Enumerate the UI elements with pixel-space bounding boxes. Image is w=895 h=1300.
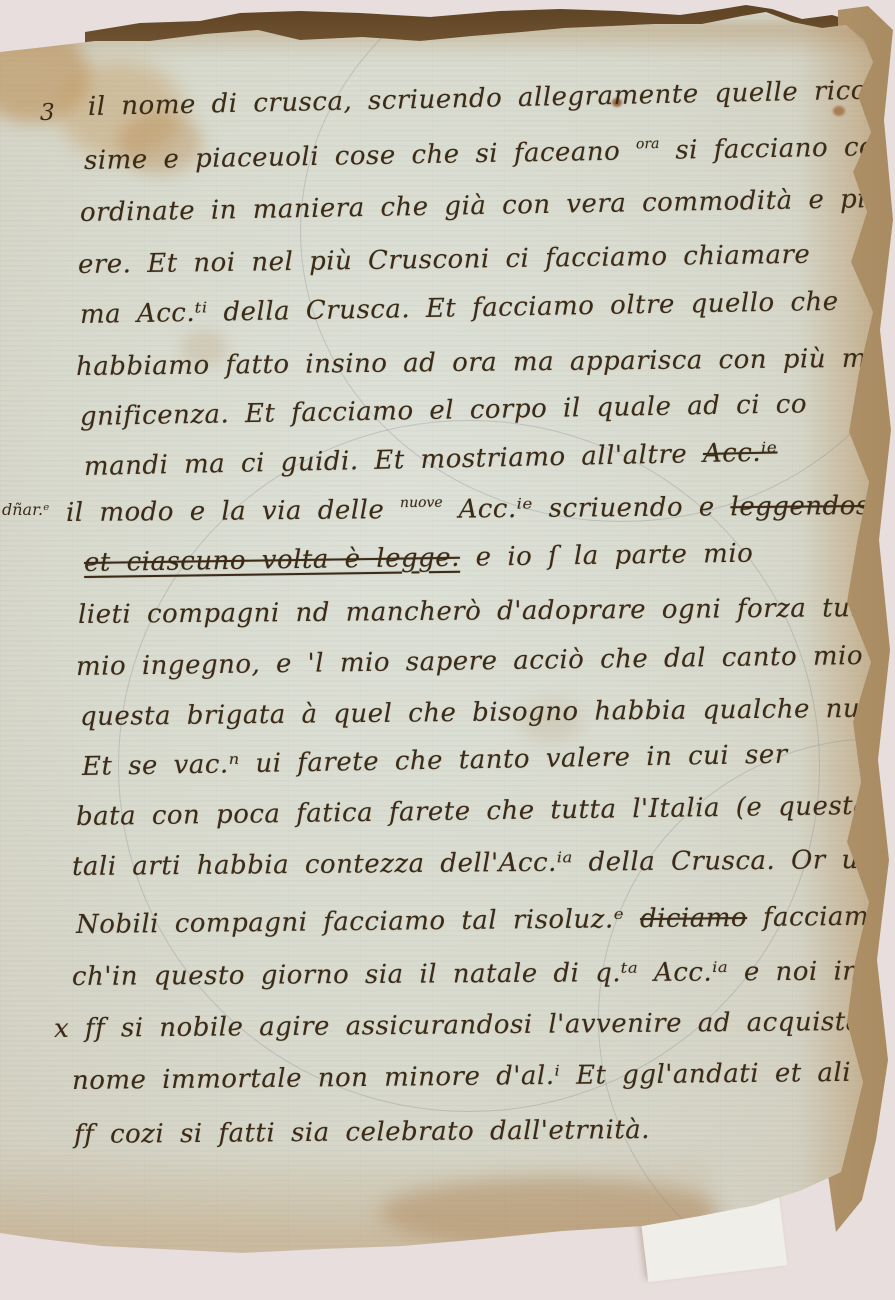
manuscript-text: 3 dñar.ᵉ il nome di crusca, scriuendo al… — [0, 0, 895, 1300]
interlinear-insertion: nuove — [400, 495, 443, 511]
struck-text: leggendosi — [730, 491, 878, 522]
line-text: e io ſ la parte mio — [460, 539, 754, 573]
line-text: Et se vac.ⁿ ui farete che tanto valere i… — [82, 740, 788, 782]
manuscript-line: nome immortale non minore d'al.ⁱ Et ggl'… — [72, 1058, 851, 1096]
manuscript-line: Et se vac.ⁿ ui farete che tanto valere i… — [82, 740, 788, 782]
line-text: ma Acc.ᵗⁱ della Crusca. Et facciamo oltr… — [80, 287, 839, 330]
manuscript-line: et ciascuno volta è legge. e io ſ la par… — [84, 539, 754, 578]
line-text: il modo e la via delle — [66, 495, 400, 528]
manuscript-line: mio ingegno, e 'l mio sapere acciò che d… — [76, 641, 863, 682]
struck-underlined-text: et ciascuno volta è legge. — [84, 543, 460, 578]
manuscript-line: tali arti habbia contezza dell'Acc.ⁱᵃ de… — [72, 845, 884, 882]
manuscript-line: mandi ma ci guidi. Et mostriamo all'altr… — [84, 437, 778, 482]
manuscript-line: ma Acc.ᵗⁱ della Crusca. Et facciamo oltr… — [80, 287, 839, 330]
struck-text: diciamo — [640, 903, 747, 934]
line-text: il nome di crusca, scriuendo allegrament… — [88, 75, 895, 122]
manuscript-line: ch'in questo giorno sia il natale di q.ᵗ… — [72, 956, 895, 992]
margin-annotation: dñar.ᵉ — [2, 500, 49, 519]
manuscript-line: lieti compagni nd mancherò d'adoprare og… — [78, 593, 895, 630]
line-text: nome immortale non minore d'al.ⁱ Et ggl'… — [72, 1058, 851, 1096]
manuscript-line: il modo e la via delle nuove Acc.ⁱᵉ scri… — [66, 491, 879, 528]
interlinear-insertion: ora — [636, 136, 660, 152]
line-text: ff cozi si fatti sia celebrato dall'etrn… — [74, 1115, 650, 1150]
photo-backdrop: 3 dñar.ᵉ il nome di crusca, scriuendo al… — [0, 0, 895, 1300]
manuscript-line: bata con poca fatica farete che tutta l'… — [76, 790, 895, 832]
line-text: questa brigata à quel che bisogno habbia… — [80, 693, 895, 732]
line-text: mio ingegno, e 'l mio sapere acciò che d… — [76, 641, 863, 682]
line-text: ch'in questo giorno sia il natale di q.ᵗ… — [72, 956, 895, 992]
line-text: tali arti habbia contezza dell'Acc.ⁱᵃ de… — [72, 845, 884, 882]
line-text: ere. Et noi nel più Crusconi ci facciamo… — [78, 240, 811, 280]
line-text: mandi ma ci guidi. Et mostriamo all'altr… — [84, 439, 704, 482]
line-text: Acc.ⁱᵉ scriuendo e — [443, 492, 731, 525]
line-text: gnificenza. Et facciamo el corpo il qual… — [80, 389, 808, 432]
line-text: lieti compagni nd mancherò d'adoprare og… — [78, 593, 895, 630]
manuscript-page: 3 dñar.ᵉ il nome di crusca, scriuendo al… — [0, 0, 895, 1300]
line-text: habbiamo fatto insino ad ora ma apparisc… — [76, 344, 883, 382]
line-text: sime e piaceuoli cose che si faceano — [84, 136, 637, 176]
manuscript-line: Nobili compagni facciamo tal risoluz.ᵉ d… — [76, 902, 886, 940]
manuscript-photo: { "colors": { "ink": "#3a2a16", "paper":… — [0, 0, 895, 1300]
manuscript-line: sime e piaceuoli cose che si faceano ora… — [84, 130, 895, 176]
page-number: 3 — [40, 100, 55, 126]
line-text: bata con poca fatica farete che tutta l'… — [76, 790, 895, 832]
manuscript-line: x ff si nobile agire assicurandosi l'avv… — [54, 1007, 891, 1044]
manuscript-line: il nome di crusca, scriuendo allegrament… — [88, 75, 895, 122]
manuscript-line: ere. Et noi nel più Crusconi ci facciamo… — [78, 240, 811, 280]
line-text: x ff si nobile agire assicurandosi l'avv… — [54, 1007, 891, 1044]
manuscript-line: gnificenza. Et facciamo el corpo il qual… — [80, 389, 808, 432]
manuscript-line: ordinate in maniera che già con vera com… — [80, 184, 883, 228]
struck-text: Acc.ⁱᵉ — [703, 437, 778, 469]
manuscript-line: habbiamo fatto insino ad ora ma apparisc… — [76, 344, 883, 382]
line-text: Nobili compagni facciamo tal risoluz.ᵉ — [76, 904, 640, 940]
manuscript-line: ff cozi si fatti sia celebrato dall'etrn… — [74, 1115, 650, 1150]
manuscript-line: questa brigata à quel che bisogno habbia… — [80, 693, 895, 732]
line-text: ordinate in maniera che già con vera com… — [80, 184, 883, 228]
